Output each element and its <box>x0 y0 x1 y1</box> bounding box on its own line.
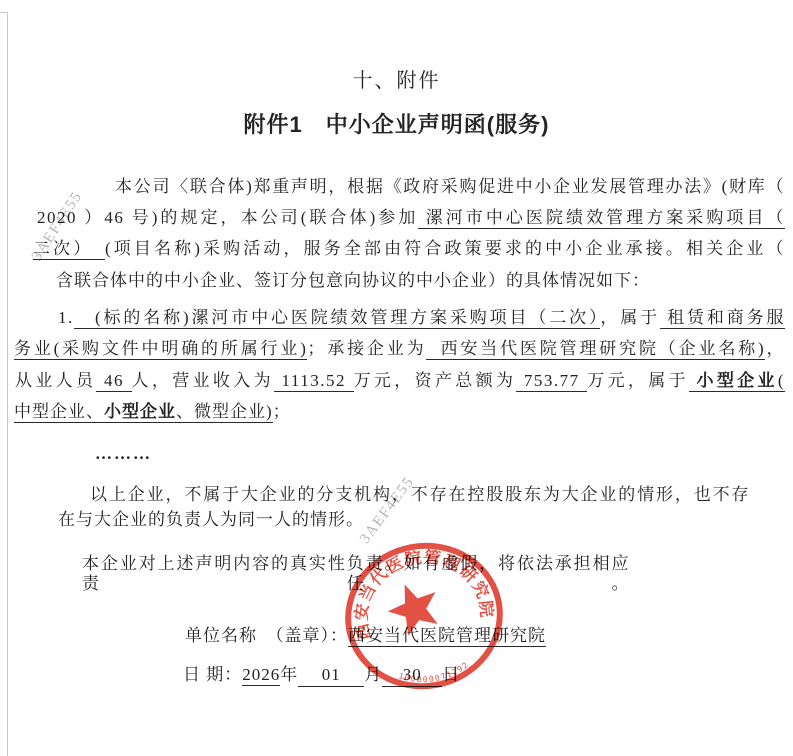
item1-line-1: 1. (标的名称)漯河市中心医院绩效管理方案采购项目（二次），属于 租赁和商务服 <box>58 308 785 328</box>
text-run: 2020 ）46 号)的规定，本公司(联合体)参加 <box>37 208 418 227</box>
text-run: 含联合体中的中小企业、签订分包意向协议的中小企业）的具体情况如下： <box>56 271 650 290</box>
item1-line-4: 中型企业、小型企业、微型企业)； <box>14 402 291 422</box>
declaration-line-2: 2020 ）46 号)的规定，本公司(联合体)参加 漯河市中心医院绩效管理方案采… <box>37 208 785 228</box>
text-run: 以上企业，不属于大企业的分支机构，不存在控股股东为大企业的情形，也不存 <box>90 485 750 504</box>
text-run: 从业人员 <box>15 371 96 390</box>
text-run: 年 <box>280 665 298 684</box>
text-run: ；承接企业为 <box>307 339 426 358</box>
text-run: 中型企业、 <box>14 402 104 423</box>
text-run: ，属于 <box>600 308 660 327</box>
text-run: ； <box>273 402 291 421</box>
item-number: 1. <box>58 308 74 327</box>
seal-ring-text: 西安当代医院管理研究院 <box>340 535 499 642</box>
company-seal-stamp: 西安当代医院管理研究院 100000071292 <box>334 526 514 706</box>
statement-line-1: 以上企业，不属于大企业的分支机构，不存在控股股东为大企业的情形，也不存 <box>90 485 750 505</box>
text-run: 在与大企业的负责人为同一人的情形。 <box>58 510 364 529</box>
declaration-line-4: 含联合体中的中小企业、签订分包意向协议的中小企业）的具体情况如下： <box>56 271 650 291</box>
date-year-filled: 2026 <box>242 665 280 686</box>
employees-filled: 46 <box>96 371 131 392</box>
declaration-line-1: 本公司〈联合体)郑重声明，根据《政府采购促进中小企业发展管理办法》(财库（ <box>115 177 785 197</box>
declaration-line-3: 二次） (项目名称)采购活动，服务全部由符合政策要求的中小企业承接。相关企业（ <box>33 239 785 259</box>
text-run: 本公司〈联合体)郑重声明，根据《政府采购促进中小企业发展管理办法》(财库（ <box>115 177 785 196</box>
text-run: 、微型企业) <box>176 402 273 423</box>
document-page: { "page": { "title": "十、附件", "subtitle":… <box>0 0 793 756</box>
subject-name-filled: (标的名称)漯河市中心医院绩效管理方案采购项目（二次） <box>74 308 601 329</box>
enterprise-type-filled: 小型企业 <box>689 371 778 392</box>
text-run: 万元，资产总额为 <box>354 371 517 390</box>
page-corner-tick <box>0 12 7 13</box>
item1-line-2: 务业(采购文件中明确的所属行业)；承接企业为 西安当代医院管理研究院（企业名称)… <box>14 339 785 359</box>
text-run: (项目名称)采购活动，服务全部由符合政策要求的中小企业承接。相关企业（ <box>105 239 785 258</box>
seal-star-icon <box>384 579 442 638</box>
text-run: ( <box>778 371 785 392</box>
industry-filled: 租赁和商务服 <box>660 308 785 329</box>
revenue-filled: 1113.52 <box>274 371 354 392</box>
item1-line-3: 从业人员 46 人，营业收入为 1113.52 万元，资产总额为 753.77 … <box>15 371 785 391</box>
attachment-title: 附件1 中小企业声明函(服务) <box>0 108 793 139</box>
company-name-filled: 西安当代医院管理研究院（企业名称) <box>426 339 765 360</box>
project-name-filled: 二次） <box>33 239 105 260</box>
text-run: ……… <box>95 444 152 463</box>
ellipsis-dots: ……… <box>95 444 152 464</box>
date-label: 日 期： <box>183 665 242 684</box>
assets-filled: 753.77 <box>516 371 587 392</box>
text-run: 人，营业收入为 <box>132 371 274 390</box>
text-run: 万元，属于 <box>587 371 689 390</box>
statement-line-2: 在与大企业的负责人为同一人的情形。 <box>58 510 364 530</box>
section-title: 十、附件 <box>0 64 793 93</box>
text-run: ， <box>765 339 785 358</box>
unit-name-label: 单位名称 <box>185 626 257 645</box>
enterprise-type-option: 小型企业 <box>104 402 176 423</box>
project-name-filled: 漯河市中心医院绩效管理方案采购项目（ <box>418 208 785 229</box>
industry-filled: 务业(采购文件中明确的所属行业) <box>14 339 307 360</box>
